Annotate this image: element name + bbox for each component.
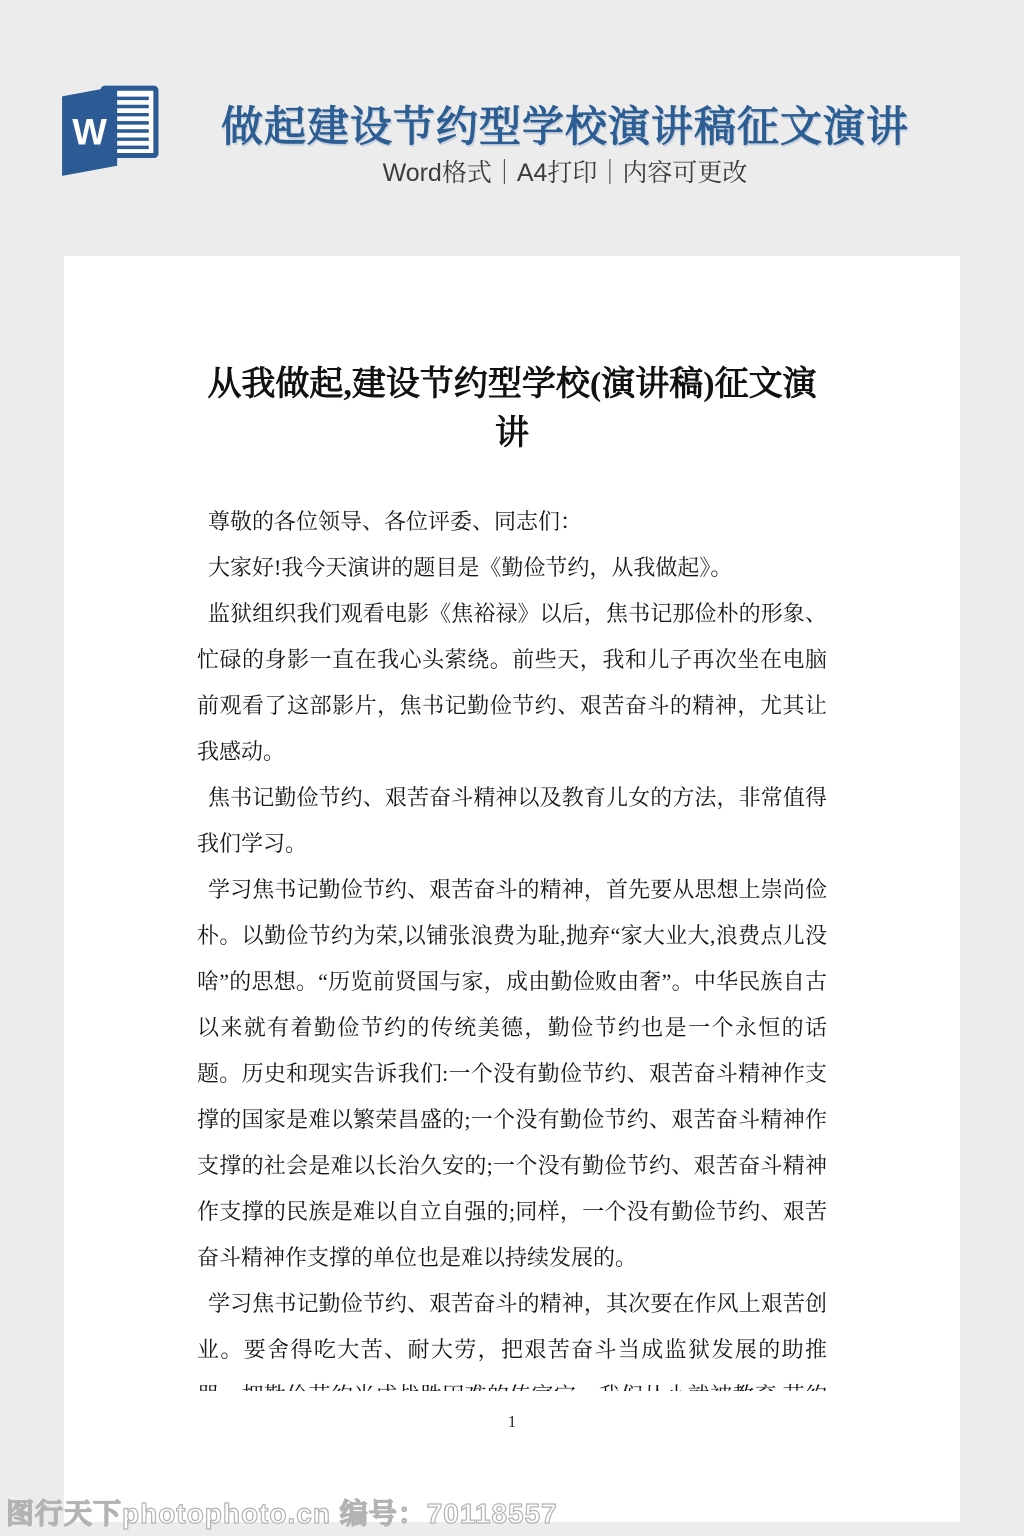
doc-paragraph: 学习焦书记勤俭节约、艰苦奋斗的精神，首先要从思想上崇尚俭朴。以勤俭节约为荣,以铺…: [197, 867, 827, 1281]
doc-paragraph: 尊敬的各位领导、各位评委、同志们：: [197, 499, 827, 545]
doc-body: 尊敬的各位领导、各位评委、同志们： 大家好!我今天演讲的题目是《勤俭节约，从我做…: [197, 499, 827, 1391]
doc-paragraph: 监狱组织我们观看电影《焦裕禄》以后，焦书记那俭朴的形象、忙碌的身影一直在我心头萦…: [197, 591, 827, 775]
word-icon-letter: W: [72, 111, 107, 152]
doc-title: 从我做起,建设节约型学校(演讲稿)征文演讲: [197, 360, 827, 458]
page-root: { "header": { "title": "做起建设节约型学校演讲稿征文演讲…: [0, 0, 1024, 1536]
word-icon: W: [58, 83, 160, 177]
doc-paragraph: 大家好!我今天演讲的题目是《勤俭节约，从我做起》。: [197, 545, 827, 591]
watermark-text: 图行天下photophoto.cn 编号：70118557: [6, 1492, 558, 1532]
doc-paragraph: 焦书记勤俭节约、艰苦奋斗精神以及教育儿女的方法，非常值得我们学习。: [197, 775, 827, 867]
document-page: 从我做起,建设节约型学校(演讲稿)征文演讲 尊敬的各位领导、各位评委、同志们： …: [64, 256, 960, 1522]
template-format-info: Word格式｜A4打印｜内容可更改: [175, 153, 955, 189]
doc-paragraph: 学习焦书记勤俭节约、艰苦奋斗的精神，其次要在作风上艰苦创业。要舍得吃大苦、耐大劳…: [197, 1281, 827, 1391]
page-number: 1: [64, 1412, 960, 1432]
template-title: 做起建设节约型学校演讲稿征文演讲: [175, 94, 955, 154]
